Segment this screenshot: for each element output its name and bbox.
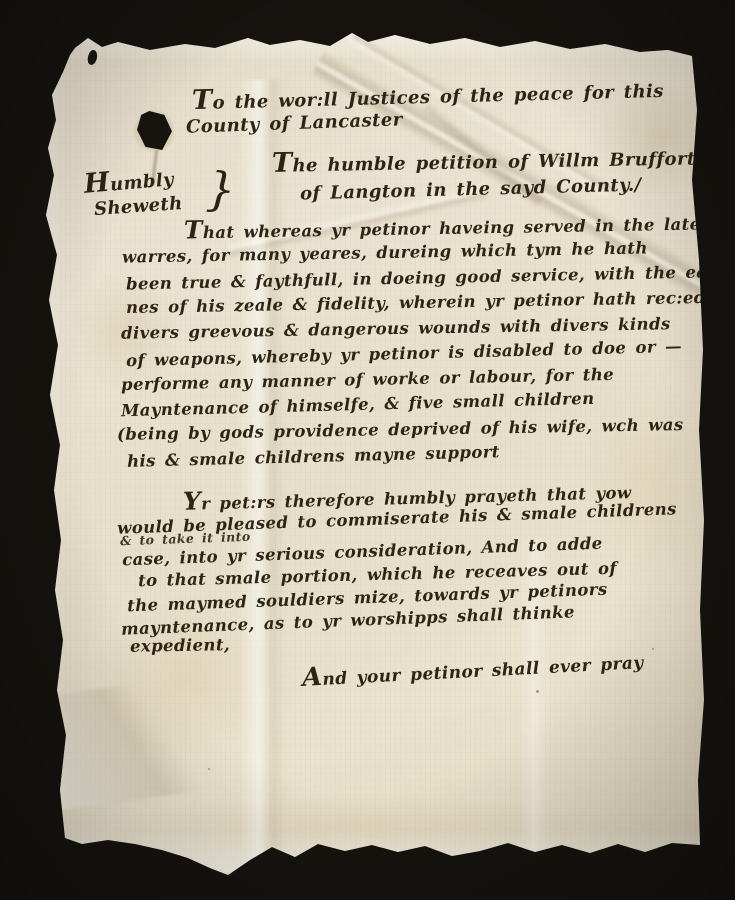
paper-sheet: To the wor:ll Justices of the peace for … <box>0 0 735 900</box>
body-line: Mayntenance of himselfe, & five small ch… <box>121 389 595 421</box>
prayer-line: expedient, <box>130 635 230 657</box>
body-line: (being by gods providence deprived of hi… <box>117 415 684 445</box>
manuscript-photo: To the wor:ll Justices of the peace for … <box>0 0 735 900</box>
salutation-line-1: The humble petition of Willm Brufforth <box>272 145 709 177</box>
salutation-line-2: of Langton in the sayd County./ <box>300 175 642 206</box>
sidenote-brace: } <box>205 161 238 218</box>
body-line: his & smale childrens mayne support <box>127 442 500 472</box>
handwritten-text: To the wor:ll Justices of the peace for … <box>0 0 735 900</box>
prayer-interline-insertion: & to take it into <box>120 529 251 549</box>
closing-line: And your petinor shall ever pray <box>302 650 644 691</box>
heading-line-1: To the wor:ll Justices of the peace for … <box>192 78 664 115</box>
